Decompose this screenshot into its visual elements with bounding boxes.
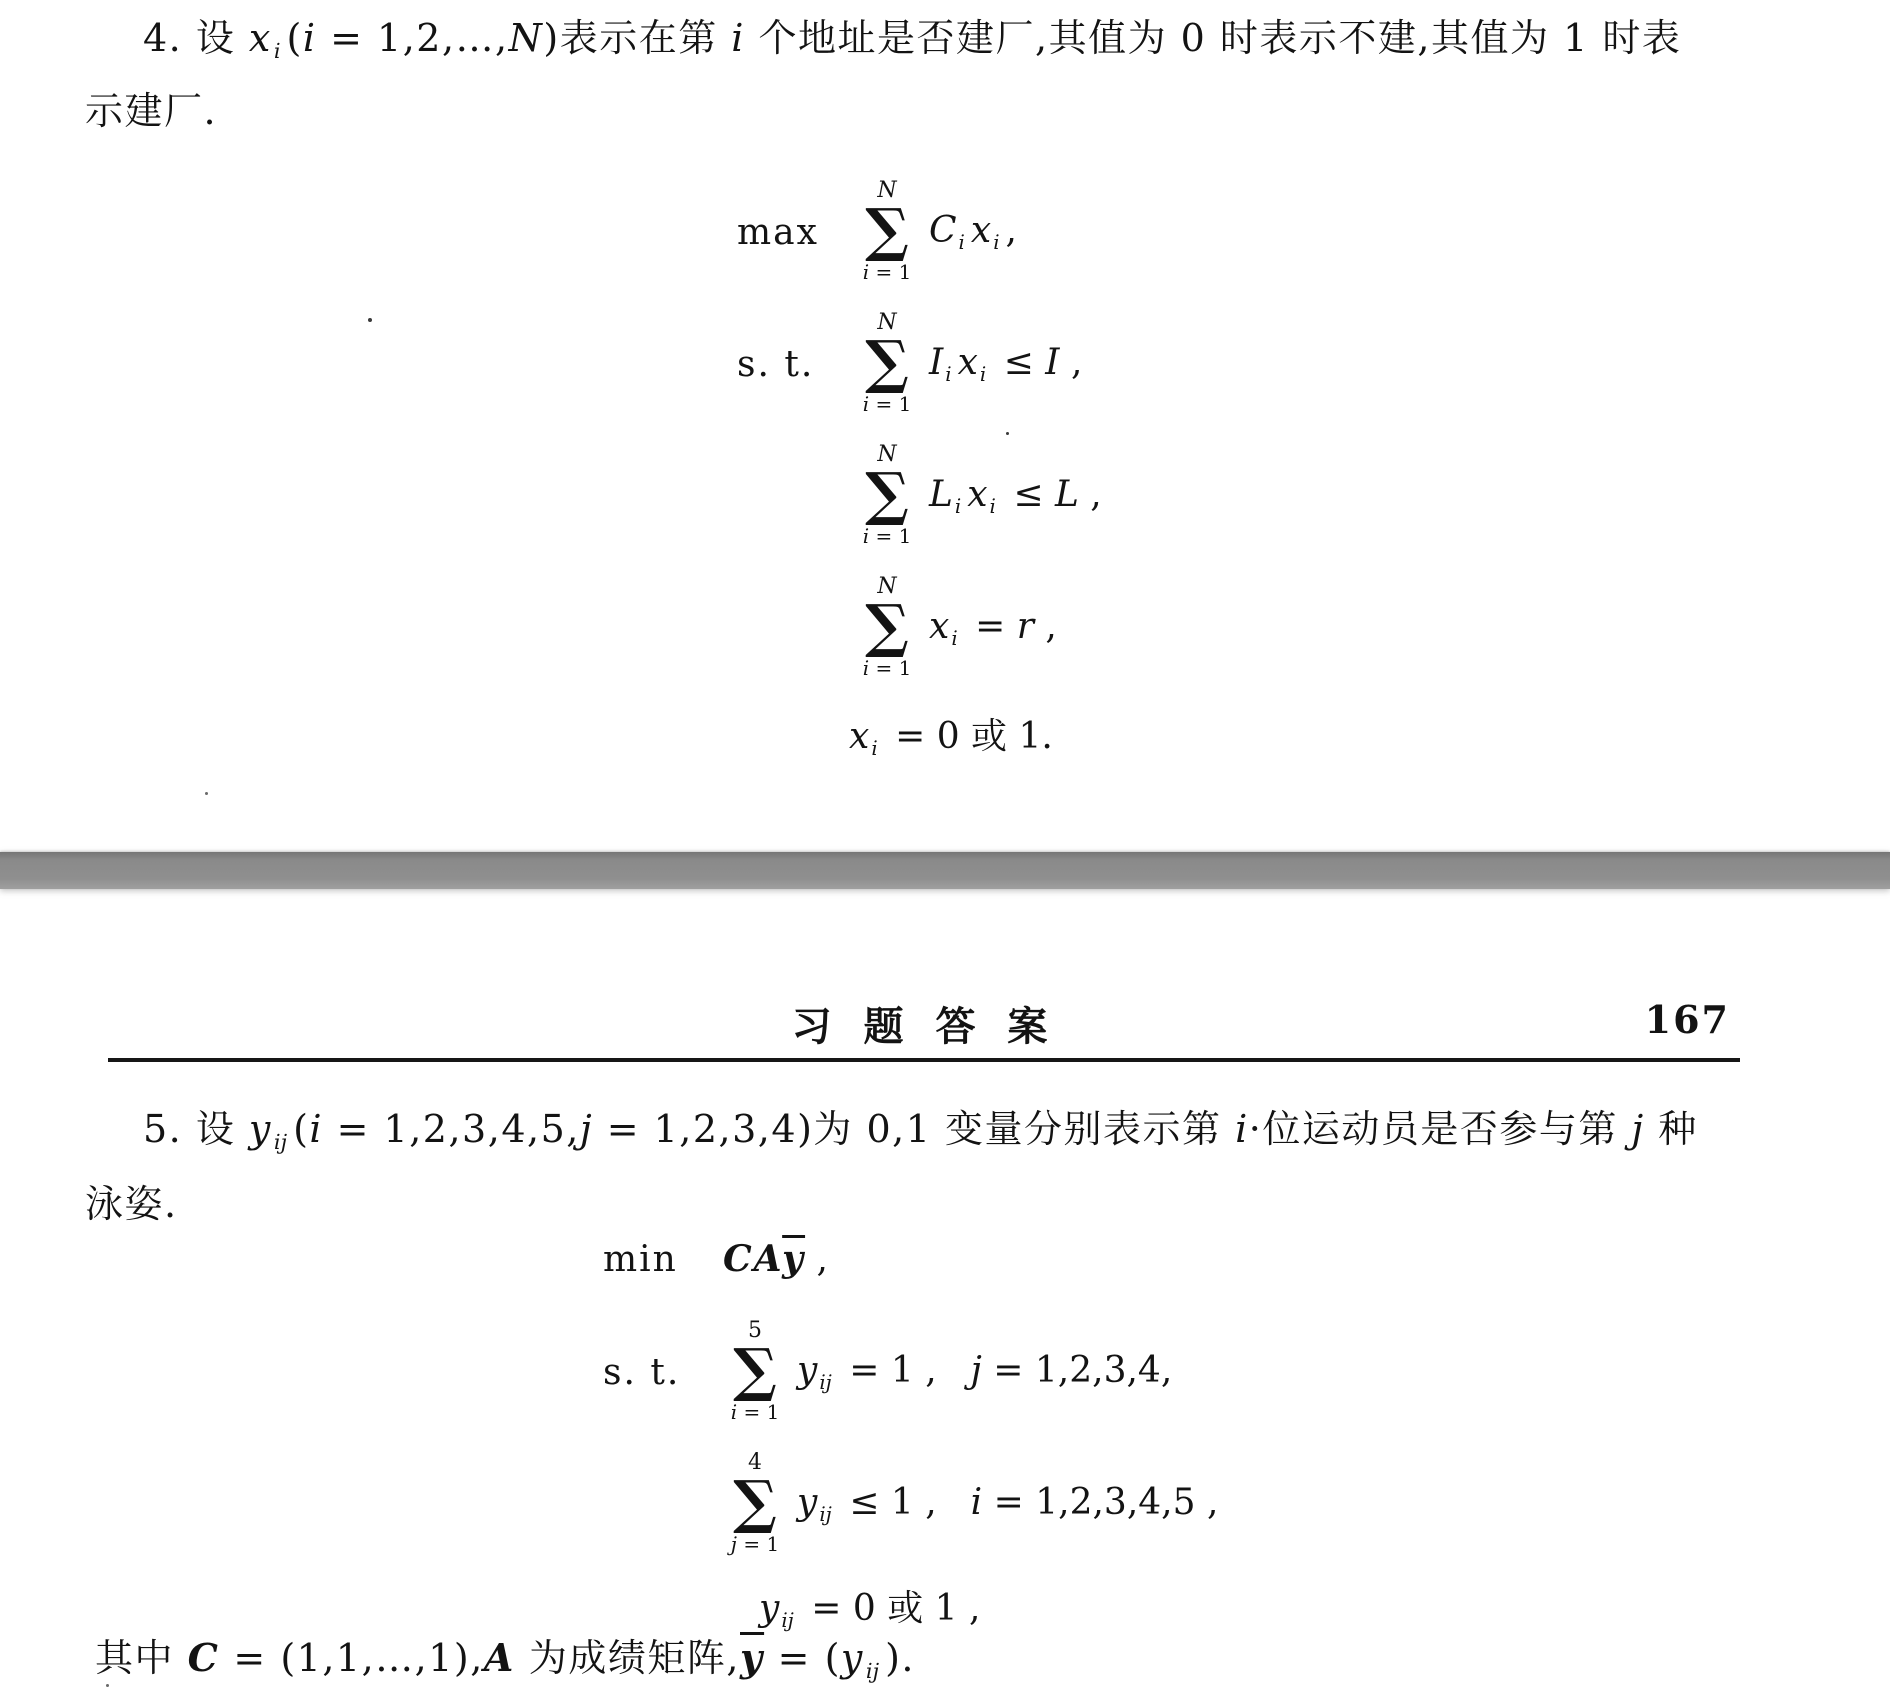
binary-condition-equation: yij = 0 或 1 , (759, 1580, 1218, 1632)
subject-to-label: s. t. (603, 1352, 723, 1393)
binary-condition-equation: xi = 0 或 1. (849, 708, 1102, 760)
page-divider-bar (0, 852, 1890, 889)
constraint-equation-3: N ∑ i = 1 xi = r , (737, 576, 1102, 680)
sigma-glyph: ∑ (733, 1476, 777, 1528)
problem-5-line-1: 5. 设 yij(i = 1,2,3,4,5,j = 1,2,3,4)为 0,1… (85, 1098, 1825, 1173)
running-header: 习 题 答 案 167 (108, 995, 1740, 1043)
scan-speck (205, 792, 208, 795)
answers-header-title: 习 题 答 案 (108, 995, 1740, 1052)
equation-body: Cixi, (929, 210, 1017, 254)
equation-body: Iixi ≤ I , (929, 342, 1082, 386)
constraint-equation-1: s. t. 5 ∑ i = 1 yij = 1 , j = 1,2,3,4, (603, 1320, 1218, 1424)
summation-symbol: N ∑ i = 1 (855, 576, 919, 680)
min-operator: min (603, 1239, 723, 1280)
objective-equation: max N ∑ i = 1 Cixi, (737, 180, 1102, 284)
page-number: 167 (1645, 997, 1730, 1042)
sigma-glyph: ∑ (733, 1344, 777, 1396)
scan-speck (1006, 432, 1009, 435)
equation-body: CAy , (723, 1238, 828, 1280)
scanned-textbook-page: 4. 设 xi(i = 1,2,…,N)表示在第 i 个地址是否建厂,其值为 0… (0, 0, 1890, 1698)
subject-to-label: s. t. (737, 344, 855, 385)
summation-symbol: 5 ∑ i = 1 (723, 1320, 787, 1424)
sigma-glyph: ∑ (865, 468, 909, 520)
equation-body: yij ≤ 1 , i = 1,2,3,4,5 , (797, 1482, 1218, 1526)
summation-symbol: N ∑ i = 1 (855, 180, 919, 284)
sigma-glyph: ∑ (865, 336, 909, 388)
problem-4-equations: max N ∑ i = 1 Cixi, s. t. N ∑ i = 1 Iixi… (737, 180, 1102, 760)
objective-equation: min CAy , (603, 1238, 1218, 1280)
problem-4-paragraph: 4. 设 xi(i = 1,2,…,N)表示在第 i 个地址是否建厂,其值为 0… (85, 8, 1825, 141)
summation-symbol: N ∑ i = 1 (855, 312, 919, 416)
scan-speck (368, 318, 372, 322)
header-rule (108, 1058, 1740, 1062)
constraint-equation-1: s. t. N ∑ i = 1 Iixi ≤ I , (737, 312, 1102, 416)
summation-symbol: N ∑ i = 1 (855, 444, 919, 548)
equation-body: yij = 1 , j = 1,2,3,4, (797, 1350, 1172, 1394)
problem-5-paragraph: 5. 设 yij(i = 1,2,3,4,5,j = 1,2,3,4)为 0,1… (85, 1098, 1825, 1235)
summation-symbol: 4 ∑ j = 1 (723, 1452, 787, 1556)
max-operator: max (737, 212, 855, 253)
constraint-equation-2: N ∑ i = 1 Lixi ≤ L , (737, 444, 1102, 548)
equation-body: xi = r , (929, 606, 1057, 650)
problem-4-line-1: 4. 设 xi(i = 1,2,…,N)表示在第 i 个地址是否建厂,其值为 0… (85, 8, 1825, 81)
equation-body: Lixi ≤ L , (929, 474, 1102, 518)
sigma-glyph: ∑ (865, 204, 909, 256)
constraint-equation-2: 4 ∑ j = 1 yij ≤ 1 , i = 1,2,3,4,5 , (603, 1452, 1218, 1556)
problem-4-line-2: 示建厂. (85, 81, 1825, 141)
footnote-definition-line: 其中 C = (1,1,…,1),A 为成绩矩阵,y = (yij). (95, 1628, 915, 1698)
problem-5-equations: min CAy , s. t. 5 ∑ i = 1 yij = 1 , j = … (603, 1238, 1218, 1632)
sigma-glyph: ∑ (865, 600, 909, 652)
problem-5-line-2: 泳姿. (85, 1173, 1825, 1235)
